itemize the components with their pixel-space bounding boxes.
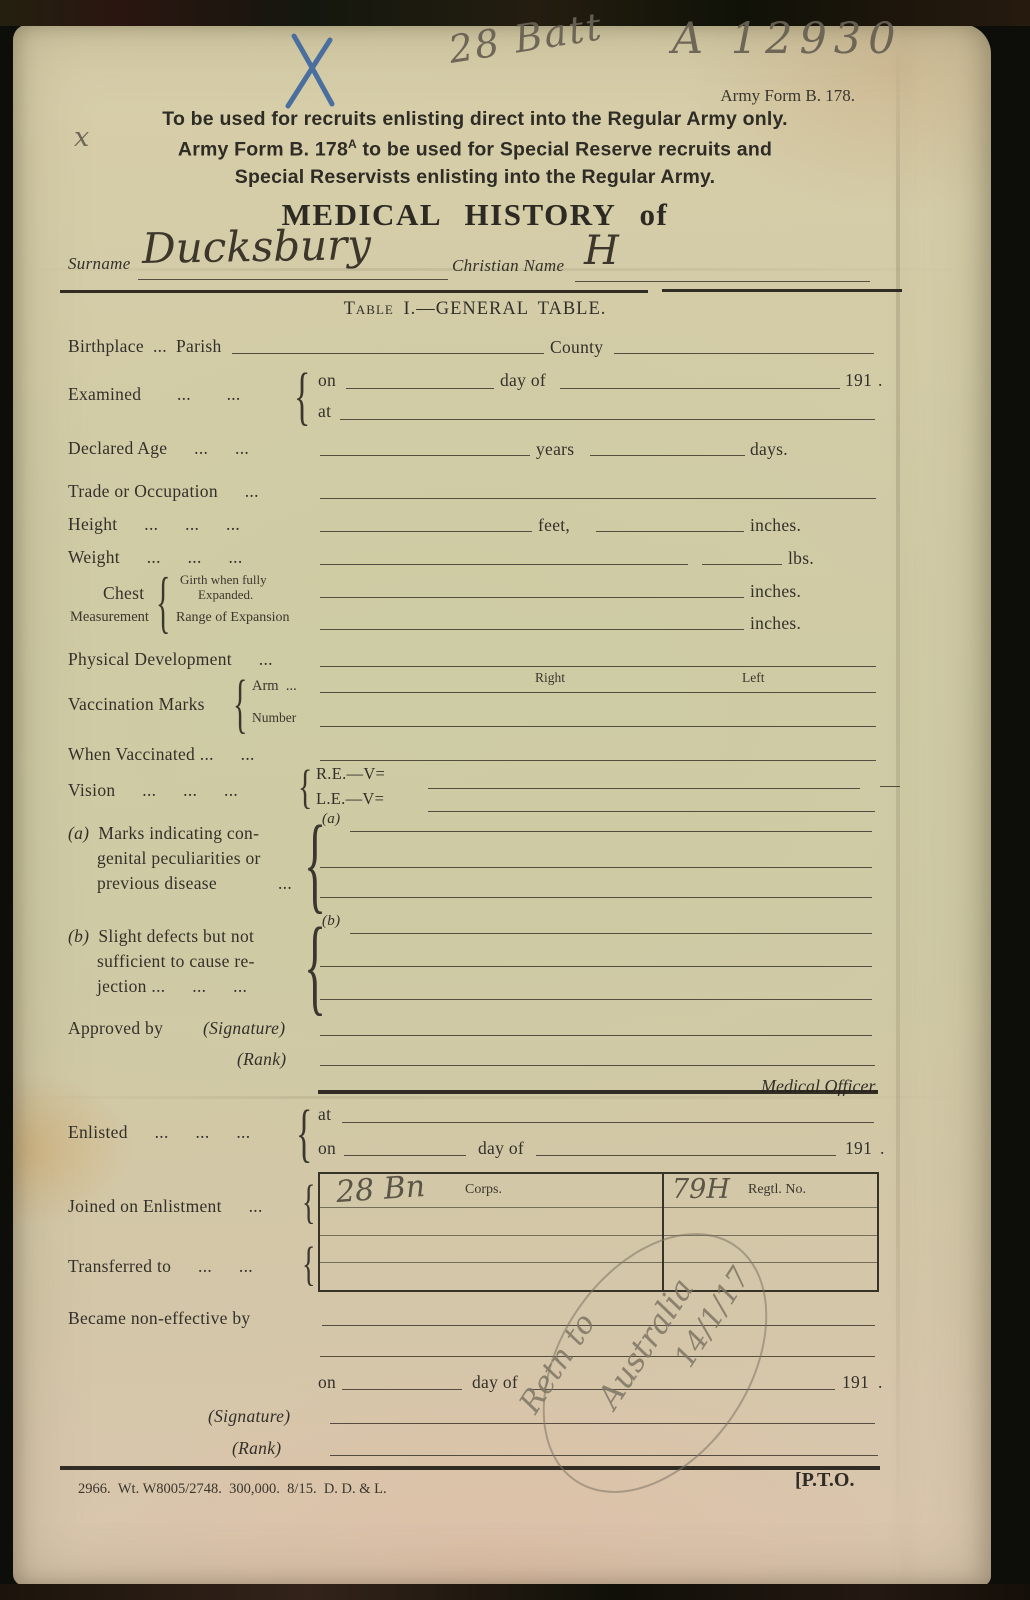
surname-value: Ducksbury	[142, 220, 372, 273]
approved-rank-line	[320, 1065, 875, 1066]
enlisted-on-label: on	[318, 1138, 336, 1159]
chest-word2: Measurement	[70, 609, 149, 626]
non-effective-period: .	[878, 1372, 883, 1393]
when-vaccinated-label: When Vaccinated ... ...	[68, 744, 255, 765]
height-line2	[596, 531, 744, 532]
enlisted-period: .	[880, 1138, 885, 1159]
feet-label: feet,	[538, 515, 570, 536]
defects-b-line3: jection ... ... ...	[97, 976, 247, 997]
enlisted-at-line	[342, 1122, 874, 1123]
bottom-rank-label: (Rank)	[232, 1438, 281, 1459]
enlisted-year: 191	[845, 1138, 872, 1159]
defects-b-blank3	[320, 999, 872, 1000]
parish-line	[232, 353, 544, 354]
instruction-line-1: To be used for recruits enlisting direct…	[60, 108, 890, 131]
vision-right-eye: R.E.—V=	[316, 764, 385, 784]
examined-at-line	[340, 419, 875, 420]
blue-x-mark	[280, 30, 348, 110]
marks-a-blank3	[320, 897, 872, 898]
declared-age-line2	[590, 455, 745, 456]
examined-year: 191	[845, 370, 872, 391]
vision-le-line	[428, 811, 875, 812]
non-effective-label: Became non-effective by	[68, 1308, 250, 1329]
non-effective-on-line	[342, 1389, 462, 1390]
examined-dayof-label: day of	[500, 370, 546, 391]
girth-label-line1: Girth when fully	[180, 572, 267, 588]
left-label: Left	[742, 670, 765, 686]
transferred-brace: {	[302, 1242, 315, 1290]
enlisted-dayof-line	[536, 1155, 836, 1156]
defects-b-blank1	[350, 933, 872, 934]
surname-label: Surname	[68, 254, 131, 274]
approved-label: Approved by	[68, 1018, 163, 1039]
range-line	[320, 629, 744, 630]
defects-b-line2: sufficient to cause re-	[97, 951, 255, 972]
non-effective-year: 191	[842, 1372, 869, 1393]
corps-header: Corps.	[465, 1182, 502, 1198]
height-inches-label: inches.	[750, 515, 801, 536]
years-label: years	[536, 439, 574, 460]
defects-b-line1-text: Slight defects but not	[98, 926, 254, 946]
defects-b-tag: (b)	[68, 926, 89, 946]
arm-line	[320, 692, 876, 693]
range-label: Range of Expansion	[176, 610, 290, 626]
instruction-line-2-pre: Army Form B. 178	[178, 139, 348, 161]
marks-a-blank2	[320, 867, 872, 868]
corps-value-handwritten: 28 Bn	[335, 1169, 426, 1210]
instruction-line-2-sup: A	[348, 137, 357, 151]
marks-a-line2: genital peculiarities or	[97, 848, 261, 869]
marks-a-tag: (a)	[68, 823, 89, 843]
enlisted-label: Enlisted ... ... ...	[68, 1122, 250, 1143]
regtl-header: Regtl. No.	[748, 1182, 806, 1198]
examined-on-line	[346, 388, 494, 389]
table-title: Table I.—GENERAL TABLE.	[60, 299, 890, 320]
girth-line	[320, 597, 744, 598]
declared-age-label: Declared Age ... ...	[68, 438, 249, 459]
trade-line	[320, 498, 876, 499]
bottom-signature-label: (Signature)	[208, 1406, 290, 1427]
birthplace-label: Birthplace ... Parish	[68, 336, 222, 357]
scanned-form-page: 28 Batt A 12930 x Army Form B. 178. To b…	[0, 0, 1030, 1600]
vision-re-dash	[880, 786, 900, 787]
chest-brace: {	[156, 570, 170, 639]
header-rule-right	[662, 289, 902, 292]
regtl-value-handwritten: 79H	[672, 1174, 730, 1205]
chest-word1: Chest	[103, 583, 144, 604]
lbs-label: lbs.	[788, 548, 814, 569]
instruction-line-2: Army Form B. 178A to be used for Special…	[60, 137, 890, 162]
marks-a-line1: (a) Marks indicating con-	[68, 823, 259, 844]
examined-label: Examined ... ...	[68, 384, 241, 405]
vaccination-label: Vaccination Marks	[68, 694, 205, 715]
approved-signature-label: (Signature)	[203, 1018, 285, 1039]
vaccination-brace: {	[233, 672, 247, 738]
range-inches-label: inches.	[750, 613, 801, 634]
instruction-line-3: Special Reservists enlisting into the Re…	[60, 166, 890, 189]
printer-imprint: 2966. Wt. W8005/2748. 300,000. 8/15. D. …	[78, 1481, 387, 1498]
christian-name-value: H	[584, 228, 619, 274]
county-line	[614, 353, 874, 354]
arm-label: Arm ...	[252, 678, 297, 695]
enlisted-at-label: at	[318, 1104, 331, 1125]
defects-b-blank2	[320, 966, 872, 967]
height-label: Height ... ... ...	[68, 514, 240, 535]
number-line	[320, 726, 876, 727]
examined-brace: {	[294, 366, 310, 431]
enlisted-brace: {	[296, 1103, 312, 1168]
marks-a-line3: previous disease	[97, 873, 217, 894]
enlisted-dayof-label: day of	[478, 1138, 524, 1159]
box-row-line1	[320, 1207, 877, 1208]
paper-crease-vertical	[896, 26, 900, 1576]
joined-label: Joined on Enlistment ...	[68, 1196, 263, 1217]
girth-inches-label: inches.	[750, 581, 801, 602]
enlisted-on-line	[344, 1155, 466, 1156]
vision-re-line	[428, 788, 860, 789]
header-rule-left	[60, 290, 648, 293]
return-stamp: Retn to Australia 14/1/17	[498, 1218, 808, 1513]
trade-label: Trade or Occupation ...	[68, 481, 259, 502]
form-number: Army Form B. 178.	[650, 86, 855, 106]
transferred-label: Transferred to ... ...	[68, 1256, 253, 1277]
physical-line	[320, 666, 876, 667]
number-label: Number	[252, 710, 296, 726]
county-label: County	[550, 337, 603, 358]
marks-a-blank1	[350, 831, 872, 832]
christian-name-line	[575, 281, 870, 282]
declared-age-line1	[320, 455, 530, 456]
examined-dayof-line	[560, 388, 840, 389]
surname-line	[138, 279, 448, 280]
days-label: days.	[750, 439, 788, 460]
defects-b-field-tag: (b)	[322, 913, 340, 930]
christian-name-label: Christian Name	[452, 256, 564, 276]
instruction-line-2-post: to be used for Special Reserve recruits …	[357, 139, 772, 161]
weight-line1	[320, 564, 688, 565]
approved-signature-line	[320, 1035, 872, 1036]
weight-line2	[702, 564, 782, 565]
when-vaccinated-line	[320, 760, 876, 761]
vision-label: Vision ... ... ...	[68, 780, 238, 801]
section-rule	[318, 1090, 878, 1094]
approved-rank-label: (Rank)	[237, 1049, 286, 1070]
height-line1	[320, 531, 532, 532]
vision-left-eye: L.E.—V=	[316, 789, 384, 809]
right-label: Right	[535, 670, 565, 686]
marks-a-dots: ...	[278, 873, 292, 894]
marks-a-line1-text: Marks indicating con-	[98, 823, 259, 843]
girth-label-line2: Expanded.	[198, 587, 253, 603]
pencil-serial-number: A 12930	[672, 14, 903, 64]
examined-period: .	[878, 370, 883, 391]
non-effective-on-label: on	[318, 1372, 336, 1393]
marks-a-field-tag: (a)	[322, 811, 340, 828]
examined-at-label: at	[318, 401, 331, 422]
scan-edge-bottom	[0, 1584, 1030, 1600]
joined-brace: {	[302, 1180, 315, 1228]
defects-b-line1: (b) Slight defects but not	[68, 926, 254, 947]
examined-on-label: on	[318, 370, 336, 391]
